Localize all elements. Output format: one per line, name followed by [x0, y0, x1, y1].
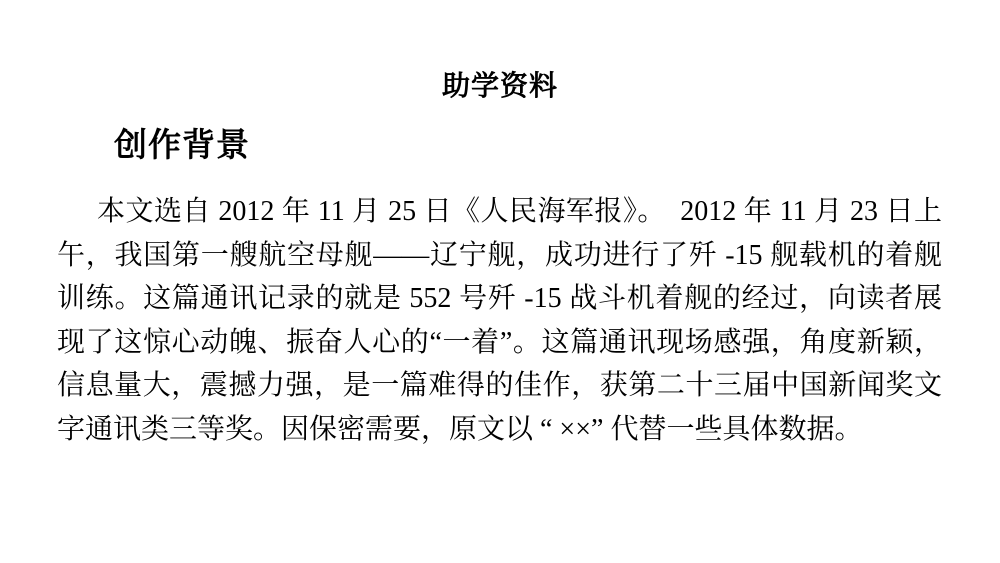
slide-page: 助学资料 创作背景 本文选自 2012 年 11 月 25 日《人民海军报》。 … [0, 0, 1000, 563]
section-heading: 创作背景 [114, 126, 1000, 164]
page-title: 助学资料 [0, 70, 1000, 102]
body-paragraph: 本文选自 2012 年 11 月 25 日《人民海军报》。 2012 年 11 … [57, 190, 942, 451]
